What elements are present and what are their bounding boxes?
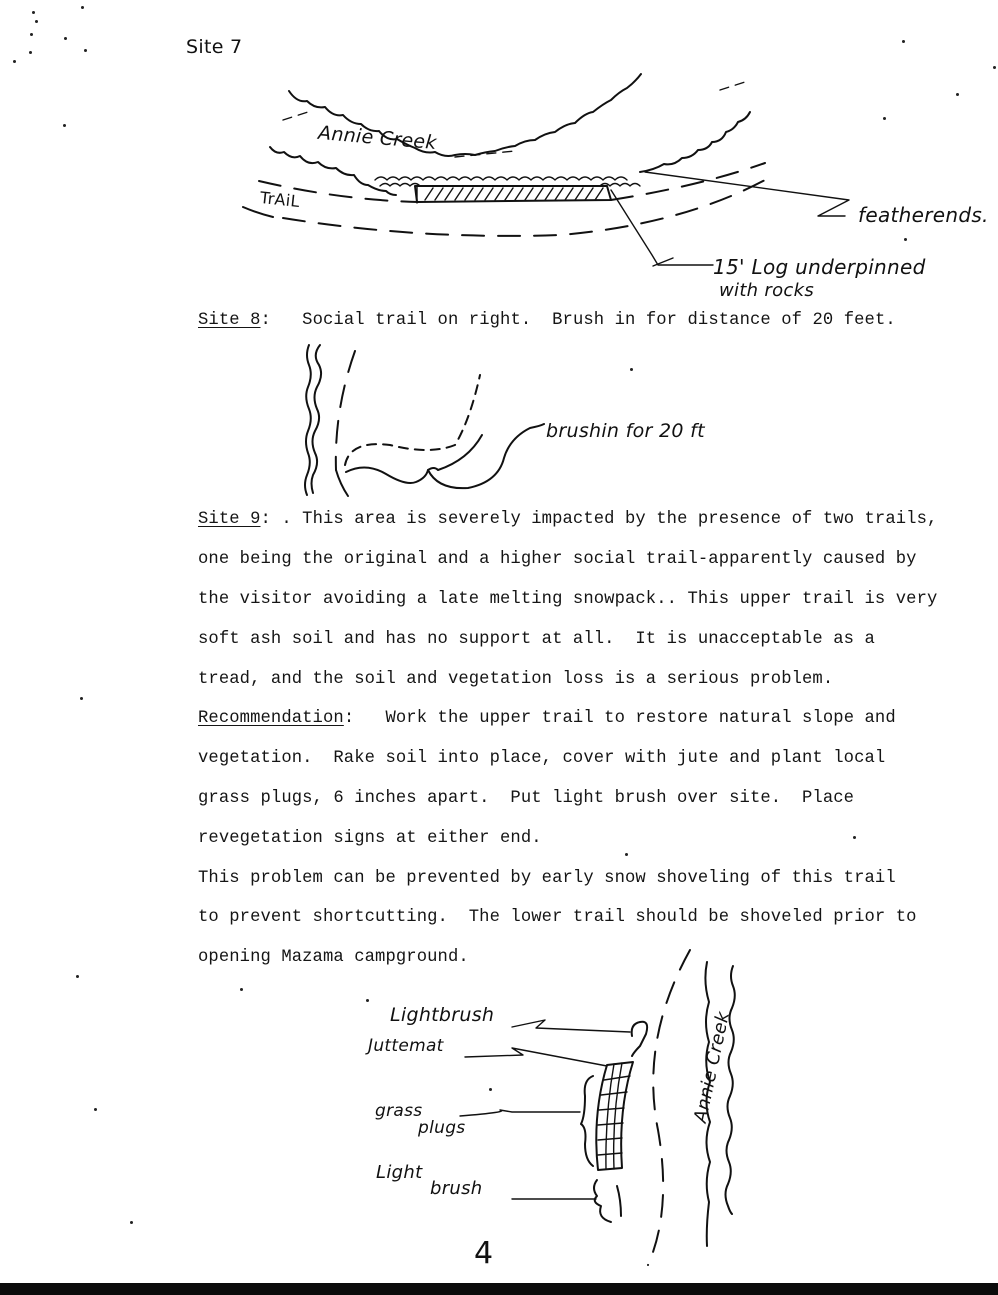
brush-label: brush: [430, 1178, 483, 1199]
site9-diagram: [0, 0, 998, 1295]
light-label: Light: [376, 1162, 422, 1183]
document-page: Site 7 Annie Creek TrAiL featherends. 15…: [0, 0, 998, 1295]
page-number: 4: [474, 1236, 493, 1271]
grass-label: grass: [375, 1101, 422, 1121]
plugs-label: plugs: [418, 1118, 465, 1138]
scan-bottom-edge: [0, 1283, 998, 1295]
jute-mat-label: Juttemat: [368, 1036, 444, 1056]
light-brush-top-label: Lightbrush: [390, 1004, 494, 1026]
